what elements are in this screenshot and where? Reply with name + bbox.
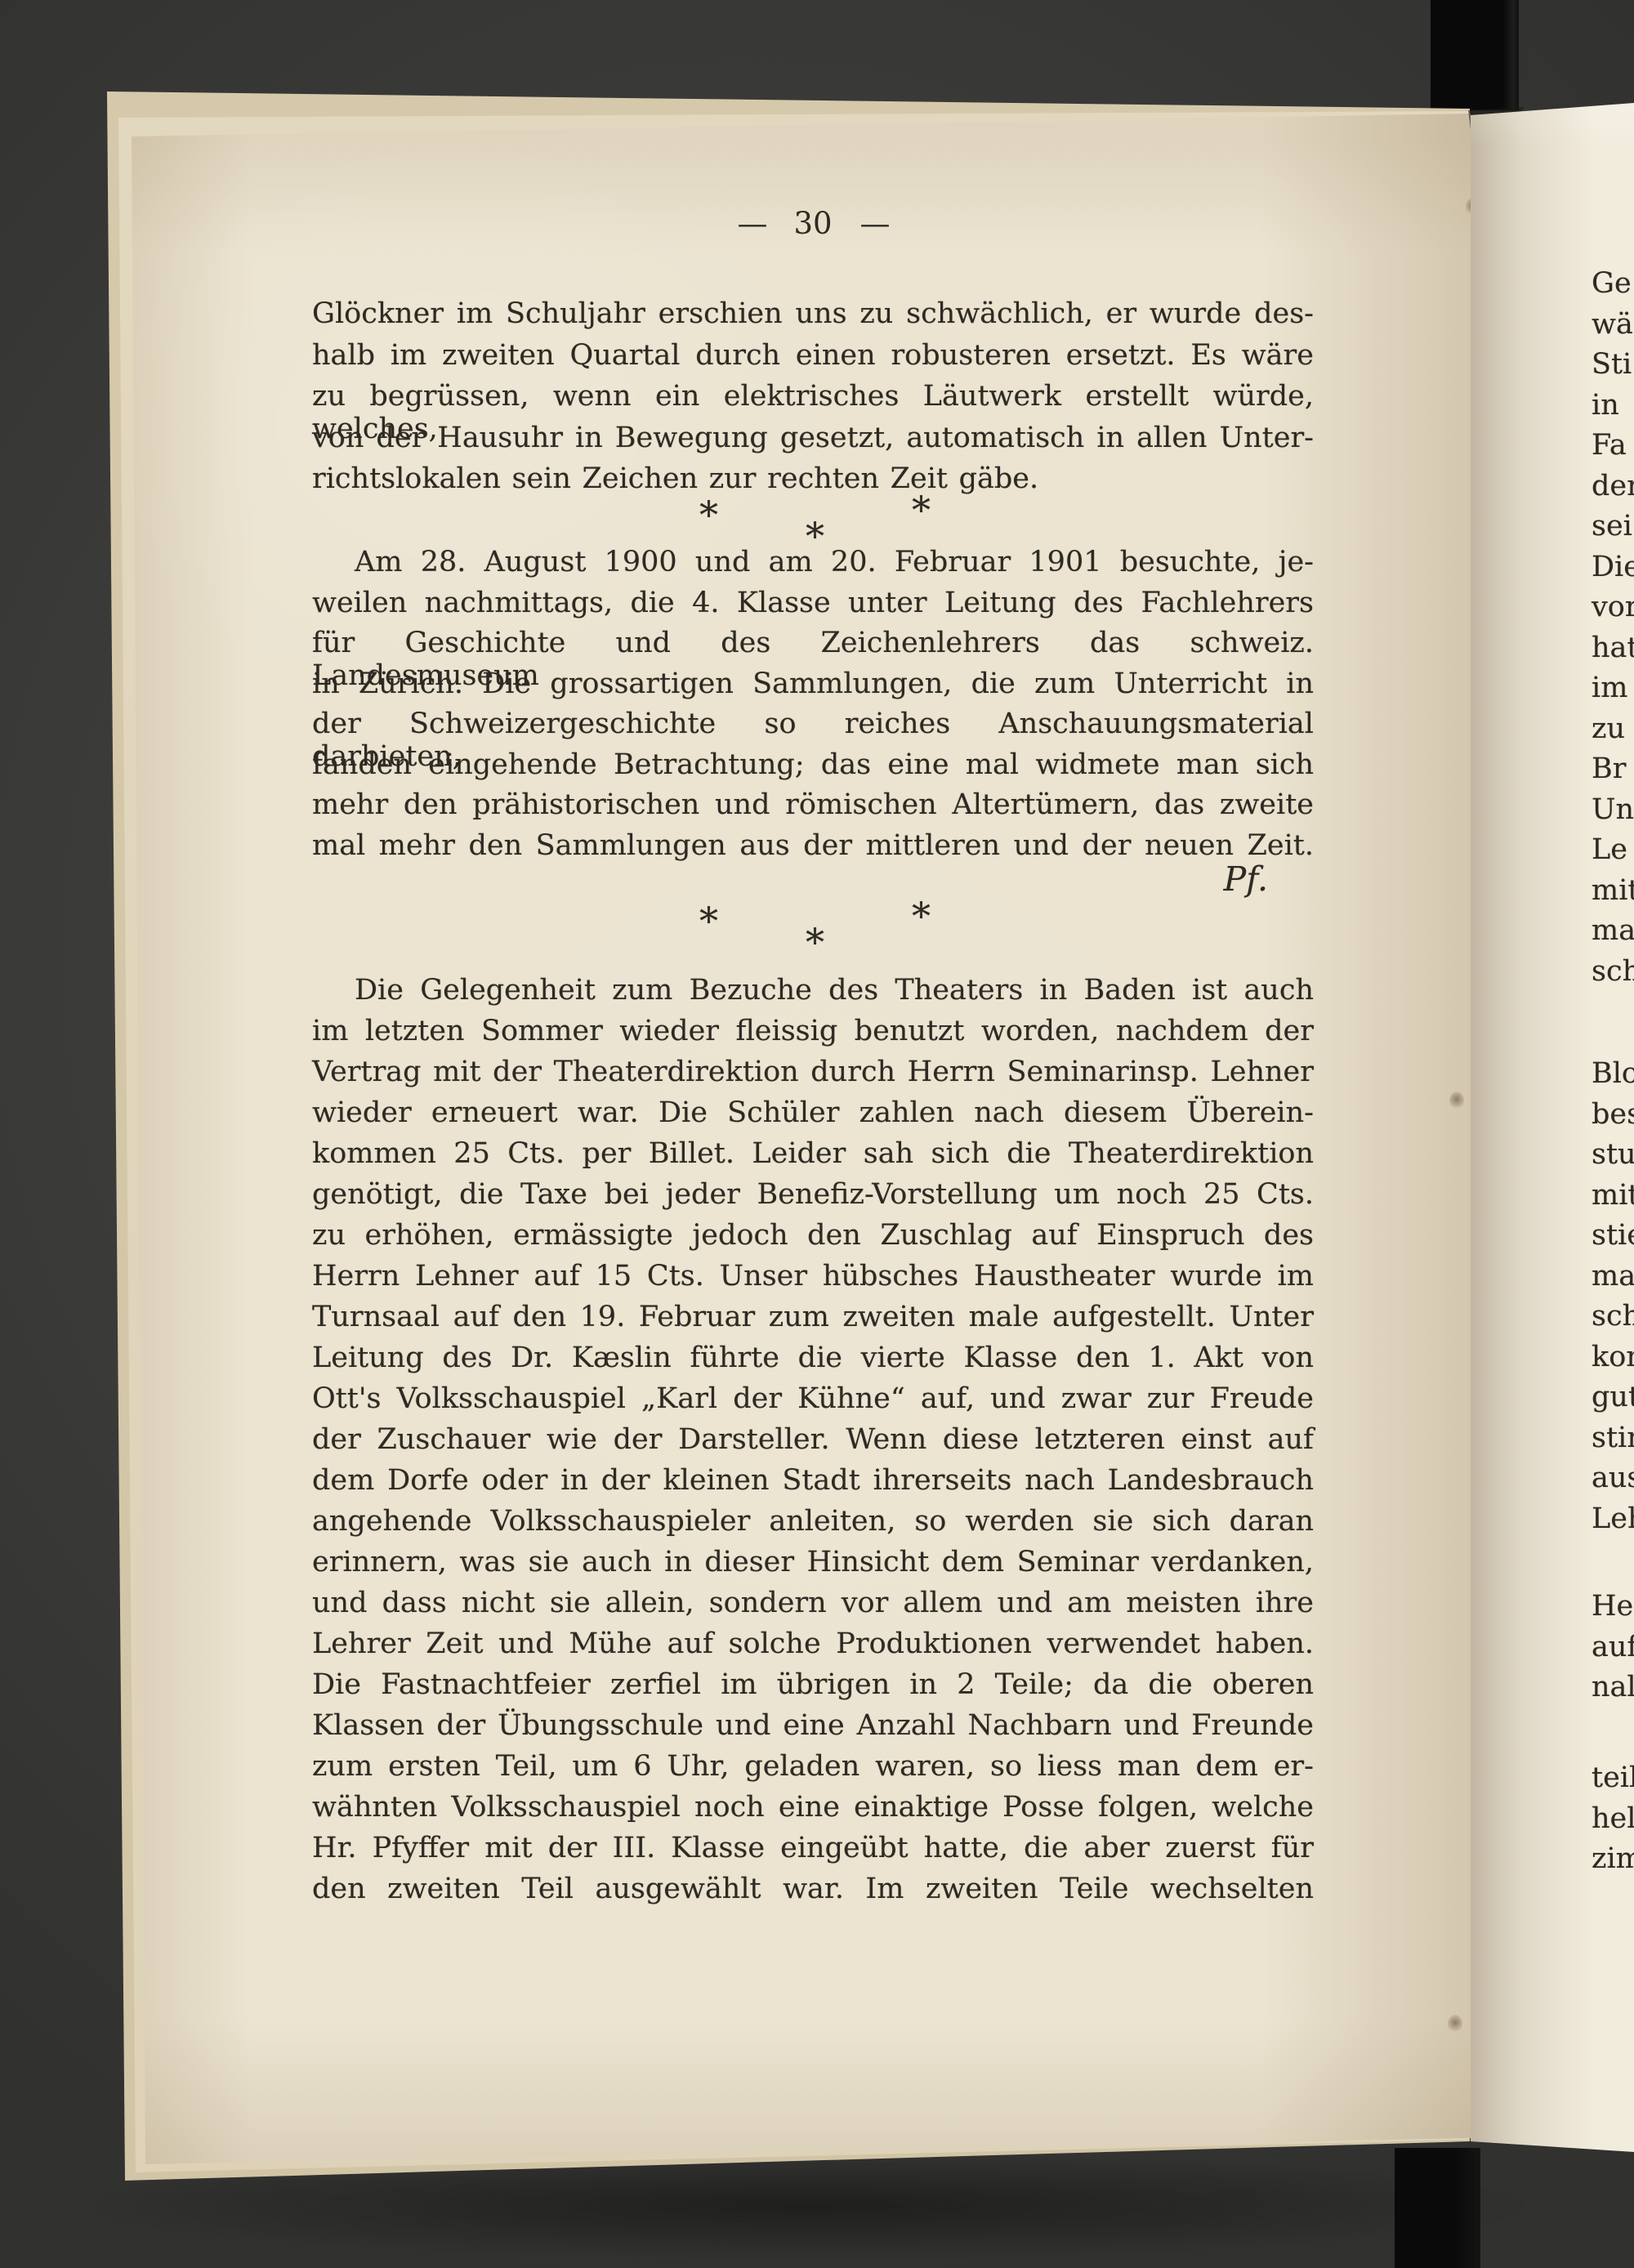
text-line: Lehrer Zeit und Mühe auf solche Produkti… [312, 1627, 1314, 1668]
clipped-text-column-block-3: Heaufnal [1592, 1590, 1634, 1712]
text-line: genötigt, die Taxe bei jeder Benefiz-Vor… [312, 1178, 1314, 1219]
paragraph-2: Am 28. August 1900 und am 20. Februar 19… [312, 546, 1314, 869]
clipped-text-line: aus [1592, 1462, 1634, 1502]
clipped-text-line: ma [1592, 914, 1634, 955]
text-line: Klassen der Übungsschule und eine Anzahl… [312, 1709, 1314, 1750]
clipped-text-line: ma [1592, 1260, 1634, 1301]
bookmark-ribbon-bottom [1395, 2148, 1480, 2268]
clipped-text-line: Leh [1592, 1502, 1634, 1543]
text-line: zu begrüssen, wenn ein elektrisches Läut… [312, 380, 1314, 422]
clipped-text-line: Ge [1592, 267, 1634, 308]
page-number: — 30 — [312, 206, 1314, 241]
text-line: richtslokalen sein Zeichen zur rechten Z… [312, 462, 1314, 504]
paragraph-3: Die Gelegenheit zum Bezuche des Theaters… [312, 974, 1314, 1913]
text-line: erinnern, was sie auch in dieser Hinsich… [312, 1546, 1314, 1587]
text-line: Vertrag mit der Theaterdirektion durch H… [312, 1056, 1314, 1096]
text-line: in Zürich. Die grossartigen Sammlungen, … [312, 667, 1314, 708]
clipped-text-line: teil [1592, 1761, 1634, 1802]
binding-hole [1449, 1092, 1464, 1111]
clipped-text-line: sei [1592, 510, 1634, 551]
clipped-text-column-block-2: BlobesstumitstiemaschkongutstinausLeh [1592, 1057, 1634, 1543]
text-line: wieder erneuert war. Die Schüler zahlen … [312, 1096, 1314, 1137]
clipped-text-line: wä [1592, 308, 1634, 349]
clipped-text-line: im [1592, 672, 1634, 712]
text-line: im letzten Sommer wieder fleissig benutz… [312, 1015, 1314, 1056]
asterisk: * [912, 897, 931, 935]
clipped-text-column-block-4: teilhelzim [1592, 1761, 1634, 1883]
clipped-text-line: Blo [1592, 1057, 1634, 1098]
clipped-text-line: Sti [1592, 348, 1634, 389]
clipped-text-line: bes [1592, 1098, 1634, 1139]
asterisk: * [912, 491, 931, 529]
text-line: Glöckner im Schuljahr erschien uns zu sc… [312, 297, 1314, 339]
clipped-text-line: Fa [1592, 429, 1634, 470]
text-line: und dass nicht sie allein, sondern vor a… [312, 1587, 1314, 1627]
text-line: der Zuschauer wie der Darsteller. Wenn d… [312, 1423, 1314, 1464]
text-line: dem Dorfe oder in der kleinen Stadt ihre… [312, 1464, 1314, 1505]
text-line: halb im zweiten Quartal durch einen robu… [312, 339, 1314, 381]
clipped-text-line: auf [1592, 1631, 1634, 1672]
clipped-text-line: zu [1592, 712, 1634, 753]
text-line: für Geschichte und des Zeichenlehrers da… [312, 627, 1314, 667]
text-line: zum ersten Teil, um 6 Uhr, geladen waren… [312, 1750, 1314, 1791]
clipped-text-column-block-1: GewäStiinFaderseiDievorhatimzuBrUnLemitm… [1592, 267, 1634, 995]
asterisk: * [806, 923, 824, 961]
clipped-text-line: sch [1592, 1300, 1634, 1341]
text-line: mehr den prähistorischen und römischen A… [312, 788, 1314, 829]
text-line: zu erhöhen, ermässigte jedoch den Zuschl… [312, 1219, 1314, 1260]
clipped-text-line: mit [1592, 1179, 1634, 1220]
text-line: weilen nachmittags, die 4. Klasse unter … [312, 587, 1314, 627]
clipped-text-line: zim [1592, 1842, 1634, 1883]
text-line: Die Gelegenheit zum Bezuche des Theaters… [312, 974, 1314, 1015]
clipped-text-line: Le [1592, 833, 1634, 874]
clipped-text-line: Br [1592, 752, 1634, 793]
clipped-text-line: nal [1592, 1671, 1634, 1712]
clipped-text-line: He [1592, 1590, 1634, 1631]
asterisk: * [699, 902, 718, 940]
clipped-text-line: Un [1592, 793, 1634, 834]
text-line: von der Hausuhr in Bewegung gesetzt, aut… [312, 422, 1314, 463]
clipped-text-line: kon [1592, 1341, 1634, 1382]
text-line: Ott's Volksschauspiel „Karl der Kühne“ a… [312, 1382, 1314, 1423]
text-line: Die Fastnachtfeier zerfiel im übrigen in… [312, 1668, 1314, 1709]
asterisk: * [699, 496, 718, 534]
text-line: der Schweizergeschichte so reiches Ansch… [312, 708, 1314, 748]
text-line: angehende Volksschauspieler anleiten, so… [312, 1505, 1314, 1546]
clipped-text-line: vor [1592, 591, 1634, 632]
text-line: Herrn Lehner auf 15 Cts. Unser hübsches … [312, 1260, 1314, 1301]
clipped-text-line: Die [1592, 551, 1634, 592]
signature-initials: Pf. [312, 859, 1314, 899]
text-line: Turnsaal auf den 19. Februar zum zweiten… [312, 1301, 1314, 1342]
text-line: Hr. Pfyffer mit der III. Klasse eingeübt… [312, 1832, 1314, 1873]
clipped-text-line: der [1592, 470, 1634, 511]
clipped-text-line: gut [1592, 1381, 1634, 1422]
clipped-text-line: stin [1592, 1422, 1634, 1462]
text-line: Leitung des Dr. Kæslin führte die vierte… [312, 1342, 1314, 1382]
page-number-dash-right: — [860, 206, 889, 241]
text-line: kommen 25 Cts. per Billet. Leider sah si… [312, 1137, 1314, 1178]
binding-hole [1448, 2015, 1462, 2034]
book-page-left: — 30 — Glöckner im Schuljahr erschien un… [0, 0, 1634, 2268]
clipped-text-line: mit [1592, 874, 1634, 915]
page-number-dash-left: — [737, 206, 766, 241]
clipped-text-line: sch [1592, 955, 1634, 996]
clipped-text-line: stu [1592, 1138, 1634, 1179]
scanned-book-photo: — 30 — Glöckner im Schuljahr erschien un… [0, 0, 1634, 2268]
clipped-text-line: hel [1592, 1802, 1634, 1843]
text-line: fanden eingehende Betrachtung; das eine … [312, 748, 1314, 789]
text-line: den zweiten Teil ausgewählt war. Im zwei… [312, 1873, 1314, 1913]
clipped-text-line: in [1592, 389, 1634, 430]
paragraph-1: Glöckner im Schuljahr erschien uns zu sc… [312, 297, 1314, 504]
clipped-text-line: hat [1592, 632, 1634, 672]
page-number-value: 30 [793, 206, 832, 241]
bookmark-ribbon-top [1431, 0, 1519, 110]
text-line: wähnten Volksschauspiel noch eine einakt… [312, 1791, 1314, 1832]
text-line: Am 28. August 1900 und am 20. Februar 19… [312, 546, 1314, 587]
clipped-text-line: stie [1592, 1219, 1634, 1260]
